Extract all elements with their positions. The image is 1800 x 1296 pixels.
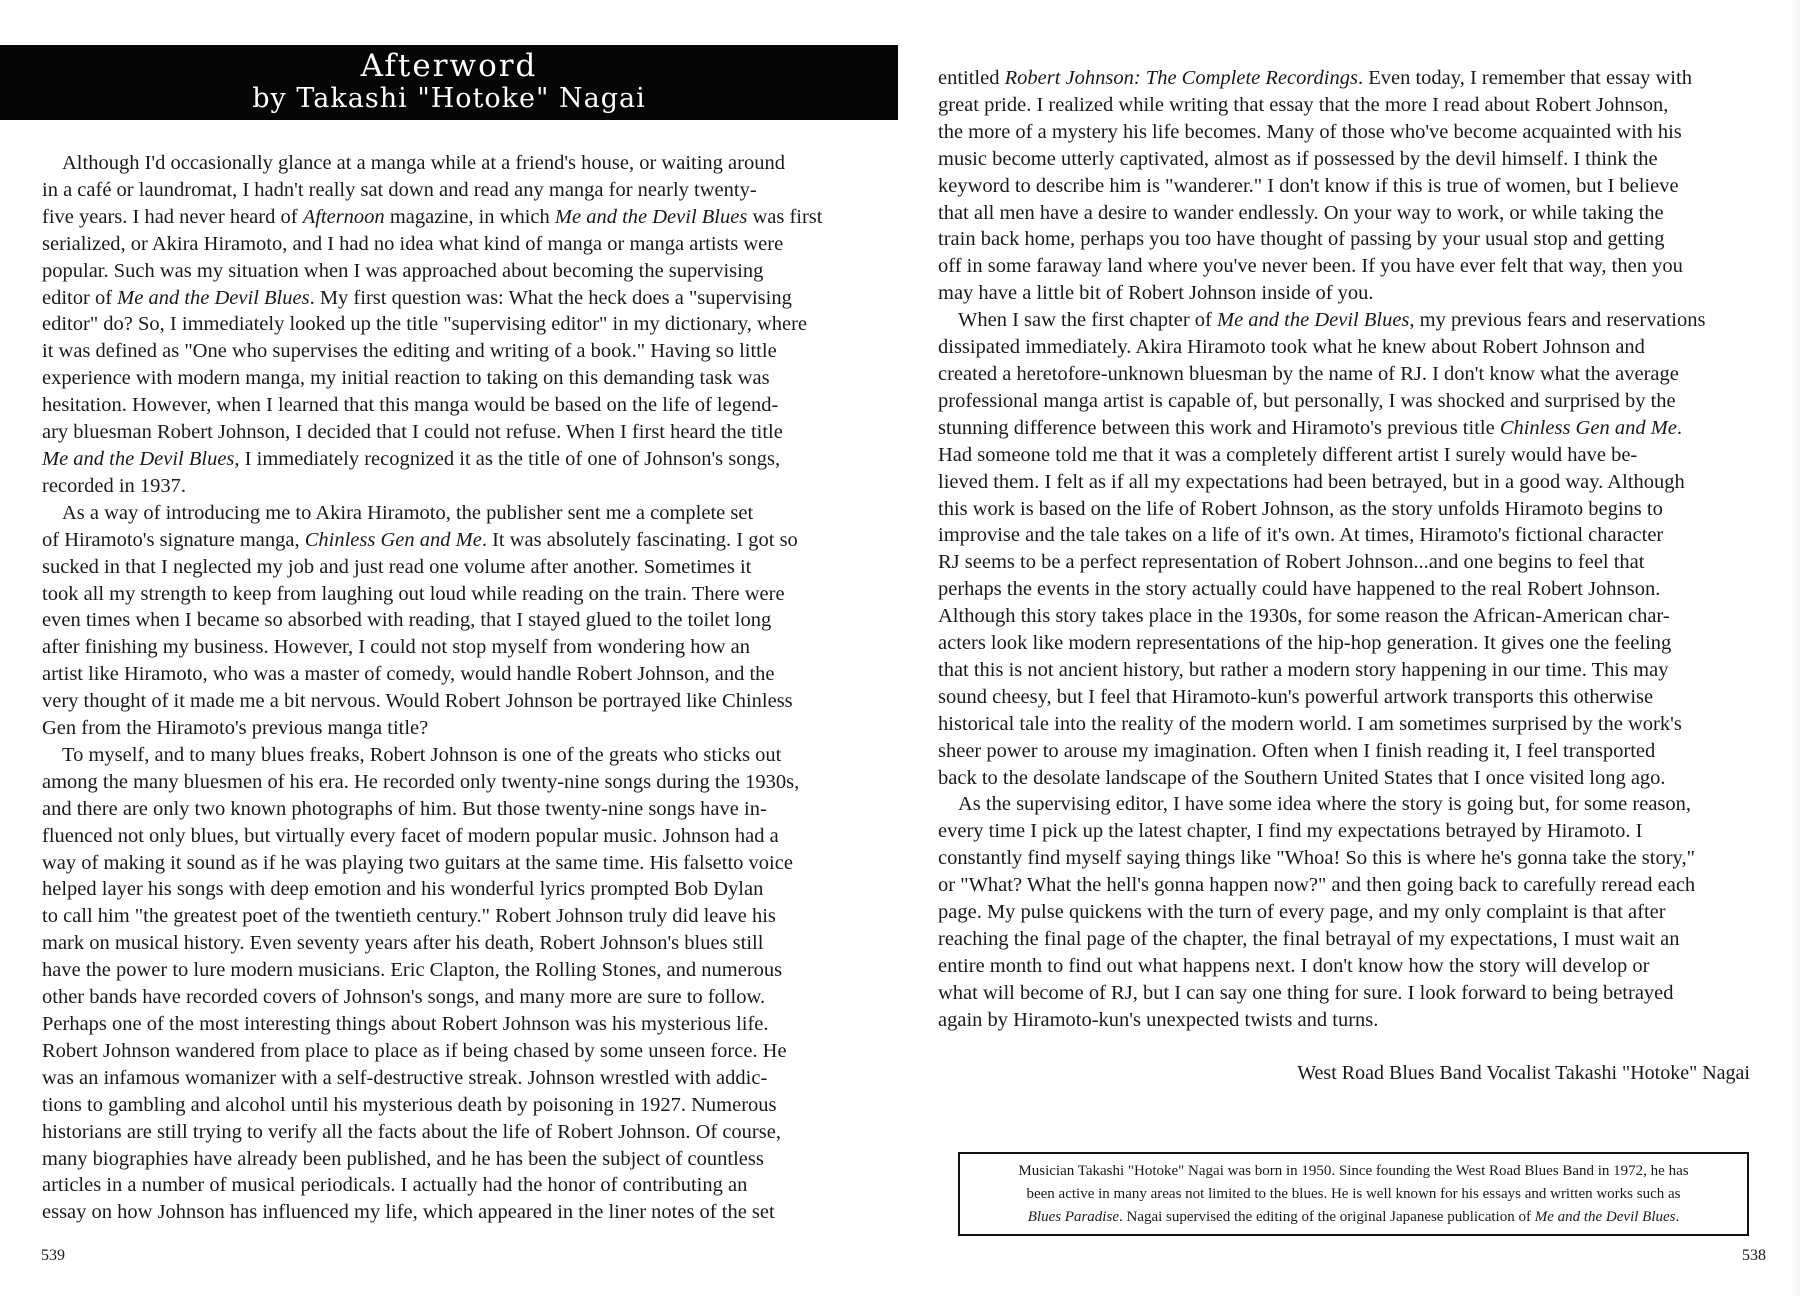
text-segment: mark on musical history. Even seventy ye… <box>42 932 763 954</box>
text-segment: fluenced not only blues, but virtually e… <box>42 825 779 847</box>
text-segment: and there are only two known photographs… <box>42 798 767 820</box>
text-segment: this work is based on the life of Robert… <box>938 498 1663 520</box>
text-line: many biographies have already been publi… <box>42 1146 892 1173</box>
text-segment: RJ seems to be a perfect representation … <box>938 551 1644 573</box>
text-line: other bands have recorded covers of John… <box>42 984 892 1011</box>
text-segment: keyword to describe him is "wanderer." I… <box>938 175 1679 197</box>
text-line: perhaps the events in the story actually… <box>938 576 1783 603</box>
text-segment: other bands have recorded covers of John… <box>42 986 765 1008</box>
text-segment: sheer power to arouse my imagination. Of… <box>938 740 1655 762</box>
text-line: hesitation. However, when I learned that… <box>42 392 892 419</box>
text-segment: or "What? What the hell's gonna happen n… <box>938 874 1695 896</box>
left-page-text-column: Although I'd occasionally glance at a ma… <box>42 150 892 1226</box>
text-line: great pride. I realized while writing th… <box>938 92 1783 119</box>
text-segment: even times when I became so absorbed wit… <box>42 609 771 631</box>
italic-title-text: Me and the Devil Blues <box>42 448 234 470</box>
italic-title-text: Robert Johnson: The Complete Recordings <box>1005 67 1358 89</box>
text-line: entitled Robert Johnson: The Complete Re… <box>938 65 1783 92</box>
text-line: improvise and the tale takes on a life o… <box>938 522 1783 549</box>
text-line: this work is based on the life of Robert… <box>938 496 1783 523</box>
italic-title-text: Chinless Gen and Me <box>305 529 482 551</box>
text-segment: articles in a number of musical periodic… <box>42 1174 747 1196</box>
italic-title-text: Afternoon <box>303 206 385 228</box>
text-line: or "What? What the hell's gonna happen n… <box>938 872 1783 899</box>
text-line: the more of a mystery his life becomes. … <box>938 119 1783 146</box>
text-segment: . My first question was: What the heck d… <box>310 287 792 309</box>
text-segment: have the power to lure modern musicians.… <box>42 959 782 981</box>
text-line: five years. I had never heard of Afterno… <box>42 204 892 231</box>
text-segment: improvise and the tale takes on a life o… <box>938 524 1663 546</box>
text-line: Me and the Devil Blues, I immediately re… <box>42 446 892 473</box>
italic-title-text: Me and the Devil Blues <box>1217 309 1409 331</box>
text-line: RJ seems to be a perfect representation … <box>938 549 1783 576</box>
text-segment: tions to gambling and alcohol until his … <box>42 1094 777 1116</box>
text-segment: to call him "the greatest poet of the tw… <box>42 905 776 927</box>
text-line: sucked in that I neglected my job and ju… <box>42 554 892 581</box>
text-segment: been active in many areas not limited to… <box>1026 1186 1680 1202</box>
text-segment: off in some faraway land where you've ne… <box>938 255 1683 277</box>
text-segment: Perhaps one of the most interesting thin… <box>42 1013 769 1035</box>
text-line: music become utterly captivated, almost … <box>938 146 1783 173</box>
text-segment: , my previous fears and reservations <box>1409 309 1705 331</box>
page-number-left: 539 <box>41 1246 65 1266</box>
text-segment: great pride. I realized while writing th… <box>938 94 1668 116</box>
text-line: that all men have a desire to wander end… <box>938 200 1783 227</box>
text-line: again by Hiramoto-kun's unexpected twist… <box>938 1007 1783 1034</box>
text-segment: professional manga artist is capable of,… <box>938 390 1676 412</box>
page-title: Afterword <box>0 45 898 83</box>
text-line: in a café or laundromat, I hadn't really… <box>42 177 892 204</box>
text-line: keyword to describe him is "wanderer." I… <box>938 173 1783 200</box>
text-segment: editor" do? So, I immediately looked up … <box>42 313 807 335</box>
text-line: editor" do? So, I immediately looked up … <box>42 311 892 338</box>
text-segment: among the many bluesmen of his era. He r… <box>42 771 799 793</box>
text-segment: experience with modern manga, my initial… <box>42 367 770 389</box>
text-segment: hesitation. However, when I learned that… <box>42 394 778 416</box>
author-byline: by Takashi "Hotoke" Nagai <box>0 83 898 115</box>
text-segment: many biographies have already been publi… <box>42 1148 764 1170</box>
text-segment: . Even today, I remember that essay with <box>1358 67 1692 89</box>
text-segment: recorded in 1937. <box>42 475 186 497</box>
text-segment: created a heretofore-unknown bluesman by… <box>938 363 1679 385</box>
text-segment: was an infamous womanizer with a self-de… <box>42 1067 767 1089</box>
text-line: historians are still trying to verify al… <box>42 1119 892 1146</box>
text-segment: . <box>1676 1209 1680 1225</box>
text-line: that this is not ancient history, but ra… <box>938 657 1783 684</box>
text-line: train back home, perhaps you too have th… <box>938 226 1783 253</box>
text-segment: Had someone told me that it was a comple… <box>938 444 1637 466</box>
text-segment: ary bluesman Robert Johnson, I decided t… <box>42 421 783 443</box>
text-segment: Musician Takashi "Hotoke" Nagai was born… <box>1018 1163 1688 1179</box>
text-line: To myself, and to many blues freaks, Rob… <box>42 742 892 769</box>
text-line: entire month to find out what happens ne… <box>938 953 1783 980</box>
right-page-text-column: entitled Robert Johnson: The Complete Re… <box>938 65 1783 1034</box>
text-line: As a way of introducing me to Akira Hira… <box>42 500 892 527</box>
text-line: dissipated immediately. Akira Hiramoto t… <box>938 334 1783 361</box>
text-segment: in a café or laundromat, I hadn't really… <box>42 179 757 201</box>
text-line: sound cheesy, but I feel that Hiramoto-k… <box>938 684 1783 711</box>
text-line: Gen from the Hiramoto's previous manga t… <box>42 715 892 742</box>
text-line: acters look like modern representations … <box>938 630 1783 657</box>
author-signature: West Road Blues Band Vocalist Takashi "H… <box>1297 1060 1750 1086</box>
text-line: even times when I became so absorbed wit… <box>42 607 892 634</box>
text-line: what will become of RJ, but I can say on… <box>938 980 1783 1007</box>
text-segment: Although this story takes place in the 1… <box>938 605 1670 627</box>
text-line: very thought of it made me a bit nervous… <box>42 688 892 715</box>
text-line: Although this story takes place in the 1… <box>938 603 1783 630</box>
text-segment: magazine, in which <box>385 206 555 228</box>
text-segment: helped layer his songs with deep emotion… <box>42 878 763 900</box>
text-line: way of making it sound as if he was play… <box>42 850 892 877</box>
text-line: after finishing my business. However, I … <box>42 634 892 661</box>
text-segment: popular. Such was my situation when I wa… <box>42 260 763 282</box>
text-line: Perhaps one of the most interesting thin… <box>42 1011 892 1038</box>
text-line: recorded in 1937. <box>42 473 892 500</box>
text-segment: artist like Hiramoto, who was a master o… <box>42 663 775 685</box>
text-line: took all my strength to keep from laughi… <box>42 581 892 608</box>
text-line: lieved them. I felt as if all my expecta… <box>938 469 1783 496</box>
text-segment: very thought of it made me a bit nervous… <box>42 690 793 712</box>
text-segment: every time I pick up the latest chapter,… <box>938 820 1642 842</box>
italic-title-text: Me and the Devil Blues <box>555 206 747 228</box>
text-segment: after finishing my business. However, I … <box>42 636 750 658</box>
text-line: Musician Takashi "Hotoke" Nagai was born… <box>960 1160 1747 1183</box>
text-line: every time I pick up the latest chapter,… <box>938 818 1783 845</box>
text-segment: that all men have a desire to wander end… <box>938 202 1664 224</box>
text-line: historical tale into the reality of the … <box>938 711 1783 738</box>
text-line: off in some faraway land where you've ne… <box>938 253 1783 280</box>
text-line: constantly find myself saying things lik… <box>938 845 1783 872</box>
text-segment: . Nagai supervised the editing of the or… <box>1119 1209 1535 1225</box>
italic-title-text: Blues Paradise <box>1028 1209 1119 1225</box>
text-line: As the supervising editor, I have some i… <box>938 791 1783 818</box>
text-segment: Robert Johnson wandered from place to pl… <box>42 1040 787 1062</box>
text-segment: that this is not ancient history, but ra… <box>938 659 1668 681</box>
afterword-title-band: Afterword by Takashi "Hotoke" Nagai <box>0 45 898 120</box>
text-segment: , I immediately recognized it as the tit… <box>234 448 780 470</box>
text-line: articles in a number of musical periodic… <box>42 1172 892 1199</box>
italic-title-text: Me and the Devil Blues <box>1535 1209 1676 1225</box>
author-bio-box: Musician Takashi "Hotoke" Nagai was born… <box>958 1152 1749 1236</box>
text-line: Had someone told me that it was a comple… <box>938 442 1783 469</box>
text-segment: constantly find myself saying things lik… <box>938 847 1695 869</box>
text-segment: reaching the final page of the chapter, … <box>938 928 1679 950</box>
text-segment: train back home, perhaps you too have th… <box>938 228 1664 250</box>
text-line: Blues Paradise. Nagai supervised the edi… <box>960 1206 1747 1229</box>
text-segment: sucked in that I neglected my job and ju… <box>42 556 751 578</box>
text-segment: five years. I had never heard of <box>42 206 303 228</box>
text-line: mark on musical history. Even seventy ye… <box>42 930 892 957</box>
text-segment: entitled <box>938 67 1005 89</box>
text-segment: it was defined as "One who supervises th… <box>42 340 777 362</box>
text-segment: Although I'd occasionally glance at a ma… <box>62 152 785 174</box>
text-segment: stunning difference between this work an… <box>938 417 1500 439</box>
text-segment: again by Hiramoto-kun's unexpected twist… <box>938 1009 1378 1031</box>
text-segment: way of making it sound as if he was play… <box>42 852 793 874</box>
text-segment: historical tale into the reality of the … <box>938 713 1682 735</box>
text-line: stunning difference between this work an… <box>938 415 1783 442</box>
text-segment: acters look like modern representations … <box>938 632 1671 654</box>
text-line: may have a little bit of Robert Johnson … <box>938 280 1783 307</box>
text-segment: entire month to find out what happens ne… <box>938 955 1649 977</box>
text-segment: of Hiramoto's signature manga, <box>42 529 305 551</box>
text-line: have the power to lure modern musicians.… <box>42 957 892 984</box>
text-line: experience with modern manga, my initial… <box>42 365 892 392</box>
text-line: reaching the final page of the chapter, … <box>938 926 1783 953</box>
text-line: ary bluesman Robert Johnson, I decided t… <box>42 419 892 446</box>
text-line: tions to gambling and alcohol until his … <box>42 1092 892 1119</box>
italic-title-text: Me and the Devil Blues <box>117 287 309 309</box>
text-line: created a heretofore-unknown bluesman by… <box>938 361 1783 388</box>
text-segment: . It was absolutely fascinating. I got s… <box>482 529 798 551</box>
text-segment: . <box>1677 417 1682 439</box>
text-segment: music become utterly captivated, almost … <box>938 148 1658 170</box>
text-line: fluenced not only blues, but virtually e… <box>42 823 892 850</box>
text-line: essay on how Johnson has influenced my l… <box>42 1199 892 1226</box>
text-segment: As a way of introducing me to Akira Hira… <box>62 502 753 524</box>
text-line: page. My pulse quickens with the turn of… <box>938 899 1783 926</box>
text-line: helped layer his songs with deep emotion… <box>42 876 892 903</box>
text-segment: the more of a mystery his life becomes. … <box>938 121 1682 143</box>
text-segment: may have a little bit of Robert Johnson … <box>938 282 1374 304</box>
text-segment: When I saw the first chapter of <box>958 309 1217 331</box>
scan-edge-shading <box>1790 0 1800 1296</box>
text-segment: back to the desolate landscape of the So… <box>938 767 1666 789</box>
text-segment: essay on how Johnson has influenced my l… <box>42 1201 775 1223</box>
text-line: back to the desolate landscape of the So… <box>938 765 1783 792</box>
text-line: serialized, or Akira Hiramoto, and I had… <box>42 231 892 258</box>
text-segment: Gen from the Hiramoto's previous manga t… <box>42 717 428 739</box>
text-segment: what will become of RJ, but I can say on… <box>938 982 1674 1004</box>
page-number-right: 538 <box>1742 1246 1766 1266</box>
text-line: Robert Johnson wandered from place to pl… <box>42 1038 892 1065</box>
text-segment: historians are still trying to verify al… <box>42 1121 781 1143</box>
text-line: professional manga artist is capable of,… <box>938 388 1783 415</box>
text-segment: To myself, and to many blues freaks, Rob… <box>62 744 781 766</box>
text-line: been active in many areas not limited to… <box>960 1183 1747 1206</box>
text-segment: sound cheesy, but I feel that Hiramoto-k… <box>938 686 1653 708</box>
text-line: Although I'd occasionally glance at a ma… <box>42 150 892 177</box>
text-line: among the many bluesmen of his era. He r… <box>42 769 892 796</box>
text-segment: was first <box>747 206 822 228</box>
text-line: When I saw the first chapter of Me and t… <box>938 307 1783 334</box>
text-line: artist like Hiramoto, who was a master o… <box>42 661 892 688</box>
italic-title-text: Chinless Gen and Me <box>1500 417 1677 439</box>
text-segment: As the supervising editor, I have some i… <box>958 793 1691 815</box>
text-line: sheer power to arouse my imagination. Of… <box>938 738 1783 765</box>
text-segment: dissipated immediately. Akira Hiramoto t… <box>938 336 1645 358</box>
text-line: editor of Me and the Devil Blues. My fir… <box>42 285 892 312</box>
text-segment: lieved them. I felt as if all my expecta… <box>938 471 1685 493</box>
text-line: was an infamous womanizer with a self-de… <box>42 1065 892 1092</box>
text-line: popular. Such was my situation when I wa… <box>42 258 892 285</box>
text-segment: editor of <box>42 287 117 309</box>
text-line: it was defined as "One who supervises th… <box>42 338 892 365</box>
text-segment: perhaps the events in the story actually… <box>938 578 1660 600</box>
text-line: to call him "the greatest poet of the tw… <box>42 903 892 930</box>
text-line: and there are only two known photographs… <box>42 796 892 823</box>
text-segment: took all my strength to keep from laughi… <box>42 583 785 605</box>
text-segment: page. My pulse quickens with the turn of… <box>938 901 1666 923</box>
text-line: of Hiramoto's signature manga, Chinless … <box>42 527 892 554</box>
text-segment: serialized, or Akira Hiramoto, and I had… <box>42 233 783 255</box>
